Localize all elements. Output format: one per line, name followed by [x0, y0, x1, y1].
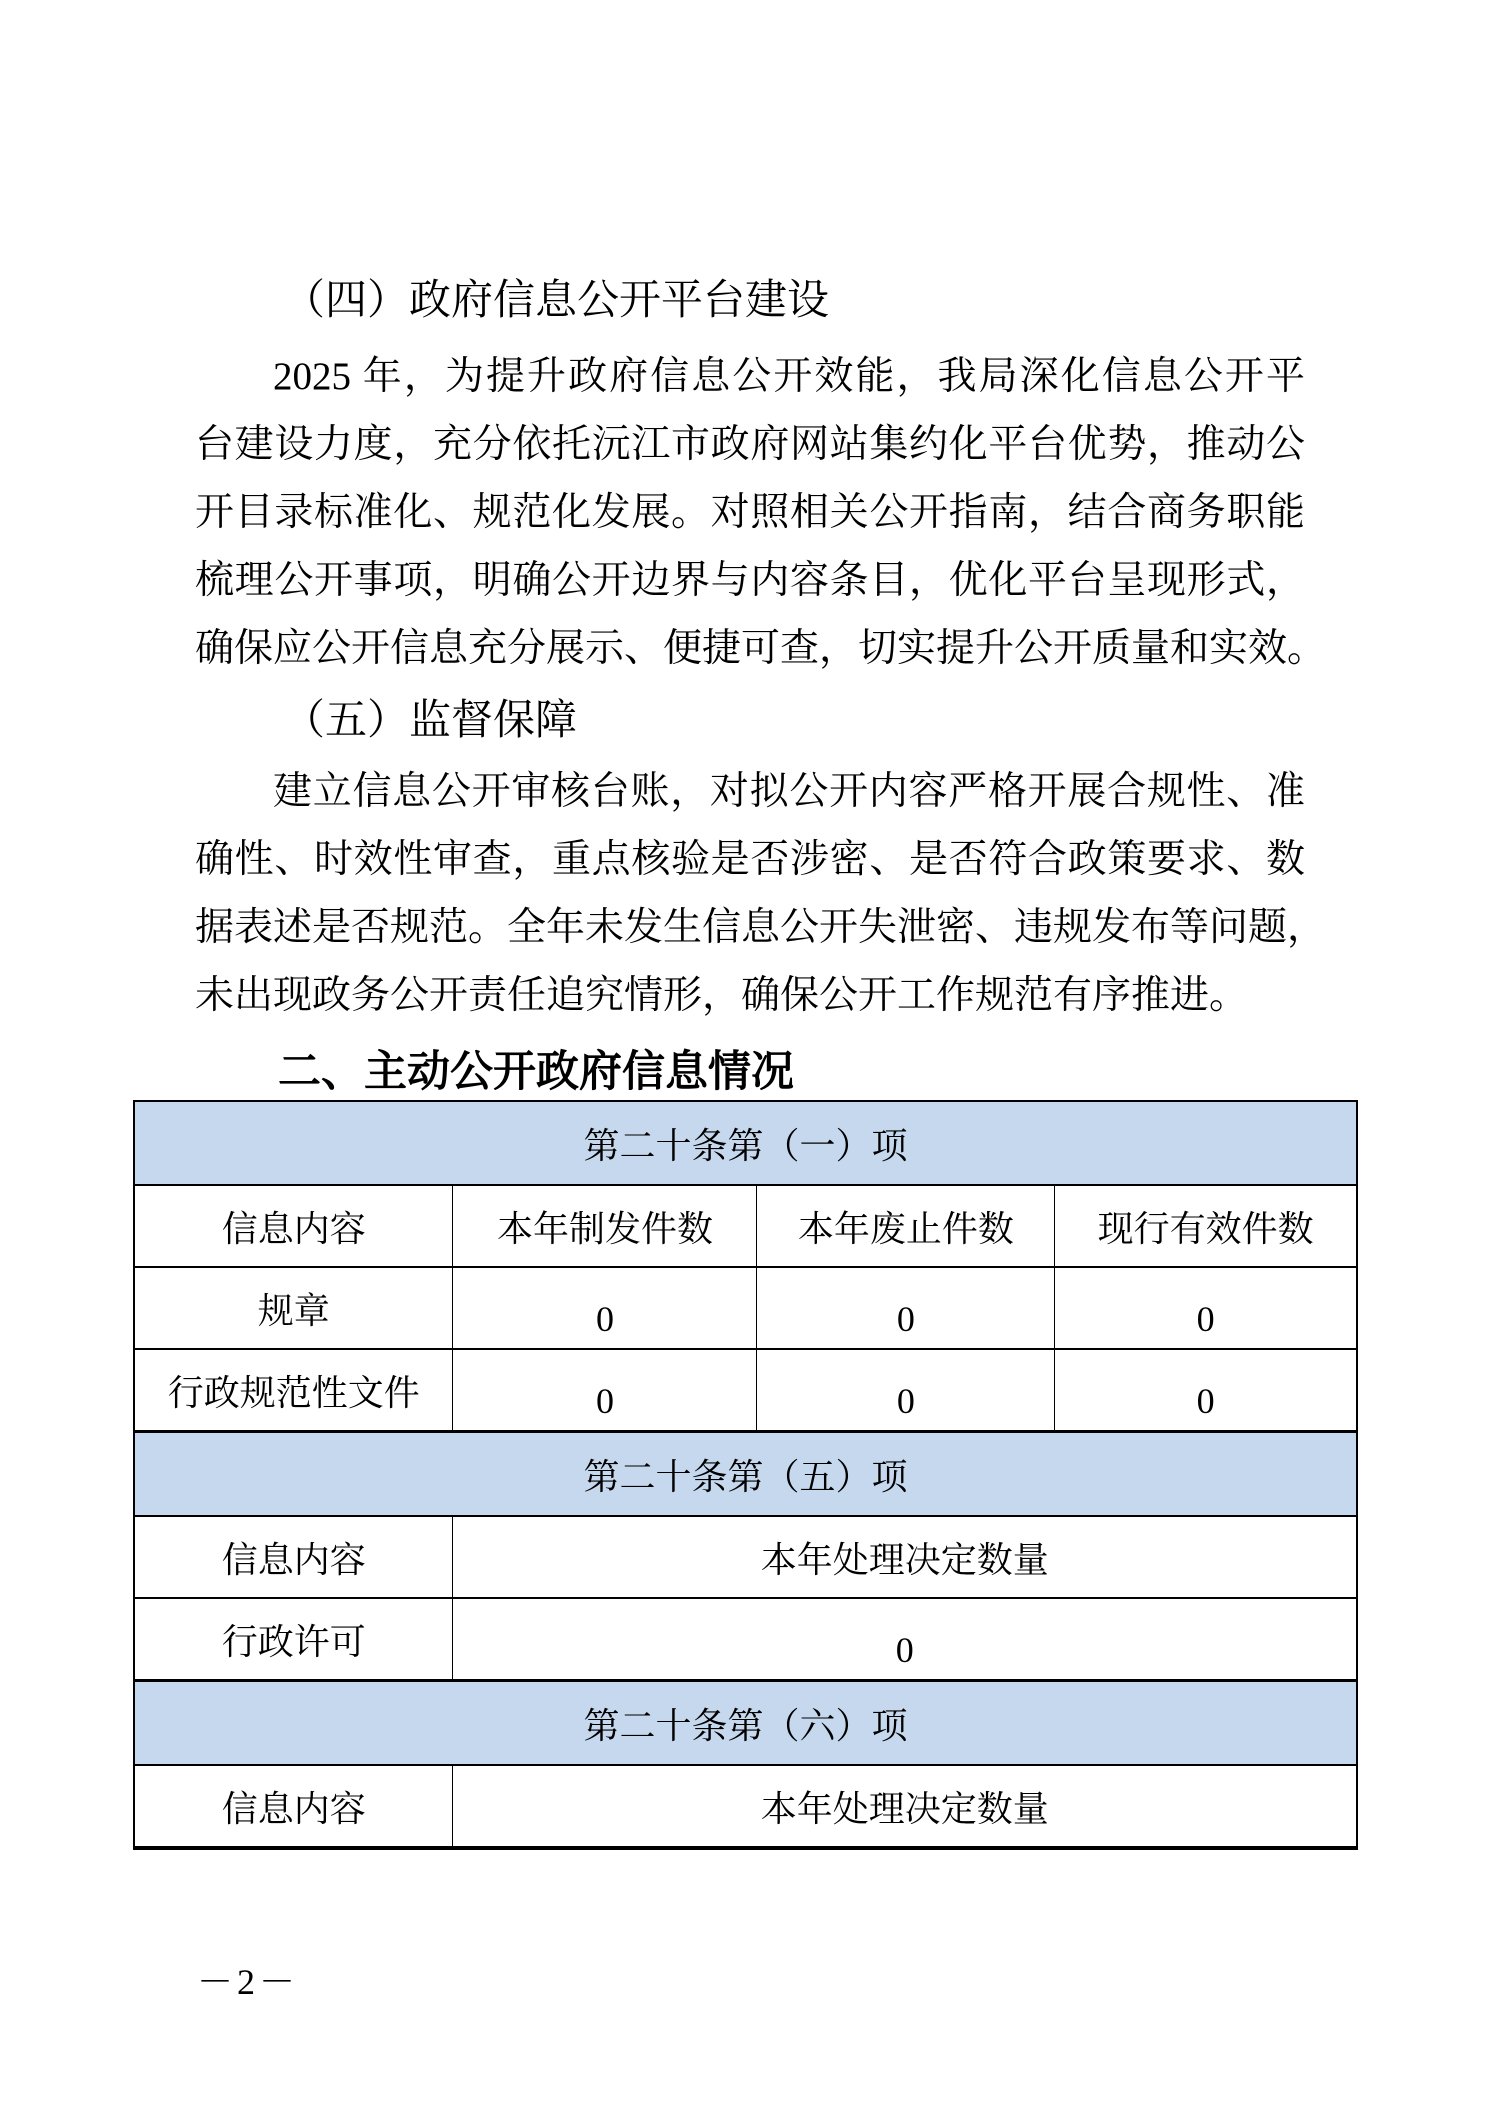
disclosure-table: 第二十条第（一）项 信息内容 本年制发件数 本年废止件数 现行有效件数 规章 0…	[133, 1100, 1358, 1850]
text-line: 确保应公开信息充分展示、便捷可查，切实提升公开质量和实效。	[195, 615, 1305, 683]
section-heading-platform: （四）政府信息公开平台建设	[283, 267, 829, 335]
row-label: 信息内容	[135, 1766, 452, 1846]
row-label: 行政许可	[135, 1599, 452, 1679]
paragraph-platform-construction: 2025 年，为提升政府信息公开效能，我局深化信息公开平 台建设力度，充分依托沅…	[195, 343, 1305, 683]
row-label: 行政规范性文件	[135, 1350, 452, 1430]
text-line: 梳理公开事项，明确公开边界与内容条目，优化平台呈现形式，	[195, 547, 1305, 615]
cell-value: 0	[452, 1599, 1356, 1679]
table-row-regulations: 规章 0 0 0	[135, 1266, 1356, 1348]
text-line: 开目录标准化、规范化发展。对照相关公开指南，结合商务职能	[195, 479, 1305, 547]
section-heading-proactive-disclosure: 二、主动公开政府信息情况	[278, 1038, 794, 1106]
band-title: 第二十条第（一）项	[583, 1118, 907, 1169]
table-row-info-content-5: 信息内容 本年处理决定数量	[135, 1515, 1356, 1597]
table-band-article20-item6: 第二十条第（六）项	[135, 1679, 1356, 1764]
header-cell-abolished-count: 本年废止件数	[756, 1186, 1054, 1266]
page-number: －2－	[197, 1954, 299, 2005]
document-page: { "page": { "background": "#ffffff", "nu…	[0, 0, 1488, 2104]
cell-value: 0	[452, 1350, 756, 1430]
section-heading-supervision: （五）监督保障	[283, 687, 577, 755]
cell-value: 0	[756, 1268, 1054, 1348]
table-row-normative-documents: 行政规范性文件 0 0 0	[135, 1348, 1356, 1430]
table-row-admin-license: 行政许可 0	[135, 1597, 1356, 1679]
text-line: 未出现政务公开责任追究情形，确保公开工作规范有序推进。	[195, 962, 1305, 1030]
cell-value: 0	[1054, 1350, 1356, 1430]
text-line: 建立信息公开审核台账，对拟公开内容严格开展合规性、准	[195, 758, 1305, 826]
cell-value: 0	[1054, 1268, 1356, 1348]
table-row-info-content-6: 信息内容 本年处理决定数量	[135, 1764, 1356, 1846]
row-label: 信息内容	[135, 1517, 452, 1597]
header-cell-info-content: 信息内容	[135, 1186, 452, 1266]
row-label: 规章	[135, 1268, 452, 1348]
text-line: 据表述是否规范。全年未发生信息公开失泄密、违规发布等问题，	[195, 894, 1305, 962]
cell-value: 0	[756, 1350, 1054, 1430]
band-title: 第二十条第（五）项	[583, 1449, 907, 1500]
cell-header-value: 本年处理决定数量	[452, 1517, 1356, 1597]
table-band-article20-item1: 第二十条第（一）项	[135, 1102, 1356, 1184]
table-header-row: 信息内容 本年制发件数 本年废止件数 现行有效件数	[135, 1184, 1356, 1266]
band-title: 第二十条第（六）项	[583, 1698, 907, 1749]
cell-header-value: 本年处理决定数量	[452, 1766, 1356, 1846]
table-band-article20-item5: 第二十条第（五）项	[135, 1430, 1356, 1515]
header-cell-issued-count: 本年制发件数	[452, 1186, 756, 1266]
header-cell-effective-count: 现行有效件数	[1054, 1186, 1356, 1266]
paragraph-supervision: 建立信息公开审核台账，对拟公开内容严格开展合规性、准 确性、时效性审查，重点核验…	[195, 758, 1305, 1030]
text-line: 2025 年，为提升政府信息公开效能，我局深化信息公开平	[195, 343, 1305, 411]
text-line: 台建设力度，充分依托沅江市政府网站集约化平台优势，推动公	[195, 411, 1305, 479]
cell-value: 0	[452, 1268, 756, 1348]
text-line: 确性、时效性审查，重点核验是否涉密、是否符合政策要求、数	[195, 826, 1305, 894]
